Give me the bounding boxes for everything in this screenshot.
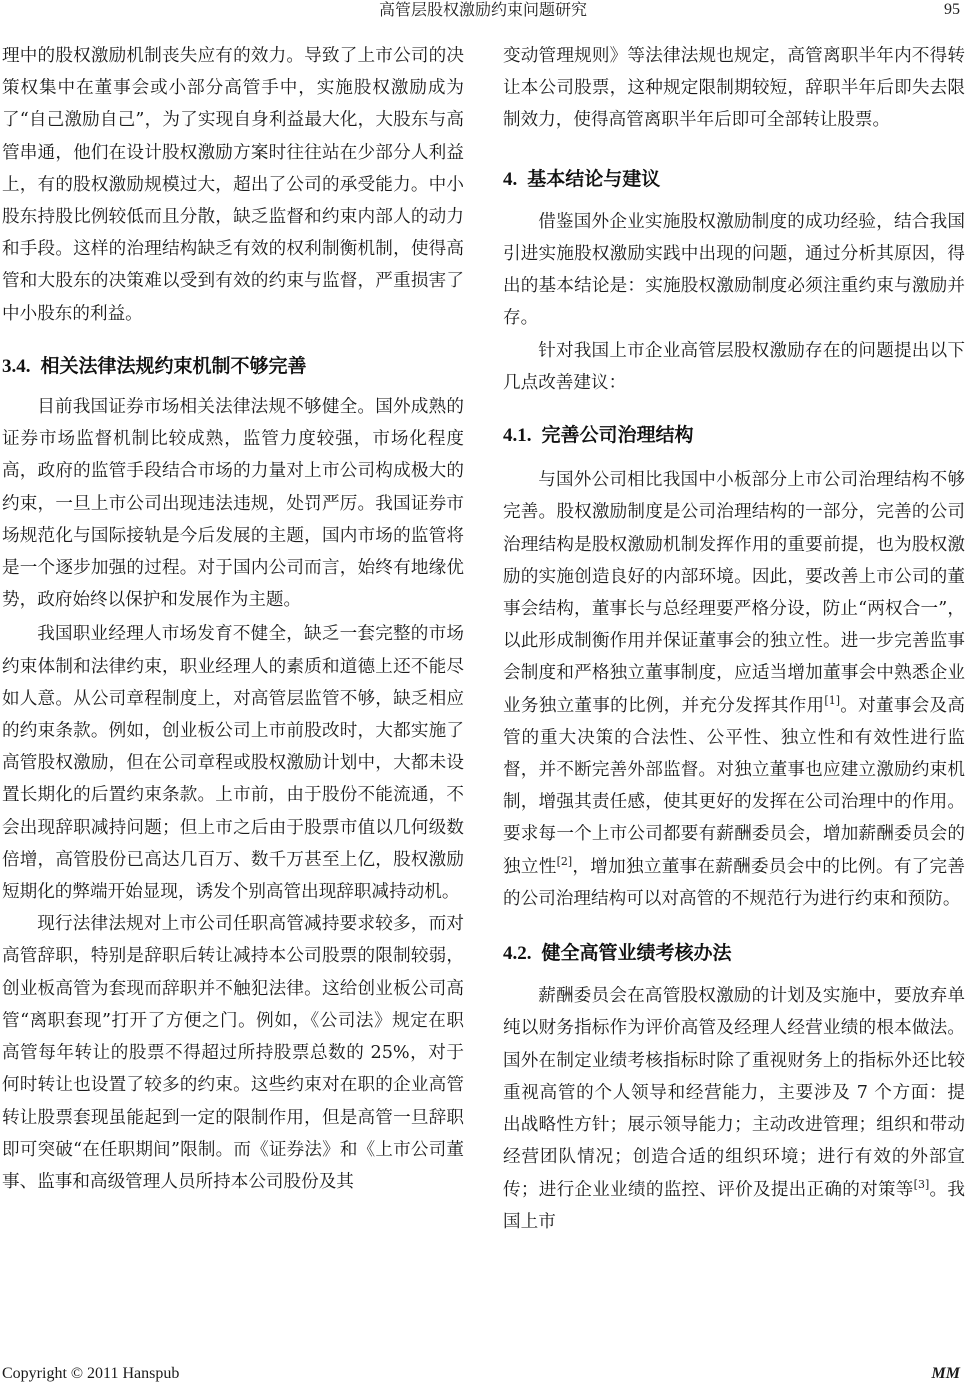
section-title: 基本结论与建议	[527, 168, 660, 190]
text-run: ，增加独立董事在薪酬委员会中的比例。有了完善的公司治理结构可以对高管的不规范行为…	[503, 857, 965, 909]
journal-abbreviation: MM	[932, 1364, 960, 1384]
running-header: 高管层股权激励约束问题研究 95	[0, 0, 966, 22]
paragraph: 目前我国证券市场相关法律法规不够健全。国外成熟的证券市场监督机制比较成熟，监管力…	[2, 391, 464, 616]
paragraph-continued: 理中的股权激励机制丧失应有的效力。导致了上市公司的决策权集中在董事会或小部分高管…	[2, 40, 464, 330]
paragraph: 我国职业经理人市场发育不健全，缺乏一套完整的市场约束体制和法律约束，职业经理人的…	[2, 618, 464, 908]
page-footer: Copyright © 2011 Hanspub MM	[0, 1364, 966, 1384]
section-title: 相关法律法规约束机制不够完善	[41, 355, 307, 377]
section-number: 3.4.	[2, 356, 31, 377]
paragraph: 借鉴国外企业实施股权激励制度的成功经验，结合我国引进实施股权激励实践中出现的问题…	[503, 206, 965, 335]
section-heading-3-4: 3.4.相关法律法规约束机制不够完善	[2, 350, 464, 383]
paragraph-continued: 变动管理规则》等法律法规也规定，高管离职半年内不得转让本公司股票，这种规定限制期…	[503, 40, 965, 137]
section-heading-4-1: 4.1.完善公司治理结构	[503, 419, 965, 452]
running-title: 高管层股权激励约束问题研究	[0, 0, 966, 20]
text-run: 与国外公司相比我国中小板部分上市公司治理结构不够完善。股权激励制度是公司治理结构…	[503, 470, 965, 715]
citation-ref-3[interactable]: [3]	[914, 1178, 930, 1191]
paragraph: 针对我国上市企业高管层股权激励存在的问题提出以下几点改善建议：	[503, 335, 965, 399]
citation-ref-1[interactable]: [1]	[824, 694, 840, 707]
section-title: 健全高管业绩考核办法	[542, 942, 732, 964]
section-number: 4.	[503, 169, 517, 190]
section-number: 4.2.	[503, 943, 532, 964]
citation-ref-2[interactable]: [2]	[557, 855, 573, 868]
paragraph: 现行法律法规对上市公司任职高管减持要求较多，而对高管辞职，特别是辞职后转让减持本…	[2, 908, 464, 1198]
text-run: 薪酬委员会在高管股权激励的计划及实施中，要放弃单纯以财务指标作为评价高管及经理人…	[503, 986, 965, 1199]
section-heading-4-2: 4.2.健全高管业绩考核办法	[503, 937, 965, 970]
section-title: 完善公司治理结构	[542, 424, 694, 446]
paragraph: 薪酬委员会在高管股权激励的计划及实施中，要放弃单纯以财务指标作为评价高管及经理人…	[503, 980, 965, 1238]
right-column: 变动管理规则》等法律法规也规定，高管离职半年内不得转让本公司股票，这种规定限制期…	[503, 40, 965, 1238]
copyright-notice: Copyright © 2011 Hanspub	[2, 1364, 179, 1384]
left-column: 理中的股权激励机制丧失应有的效力。导致了上市公司的决策权集中在董事会或小部分高管…	[2, 40, 464, 1198]
page-number: 95	[944, 0, 960, 20]
section-heading-4: 4.基本结论与建议	[503, 163, 965, 196]
text-run: 。对董事会及高管的重大决策的合法性、公平性、独立性和有效性进行监督，并不断完善外…	[503, 696, 965, 877]
section-number: 4.1.	[503, 425, 532, 446]
paragraph: 与国外公司相比我国中小板部分上市公司治理结构不够完善。股权激励制度是公司治理结构…	[503, 464, 965, 915]
